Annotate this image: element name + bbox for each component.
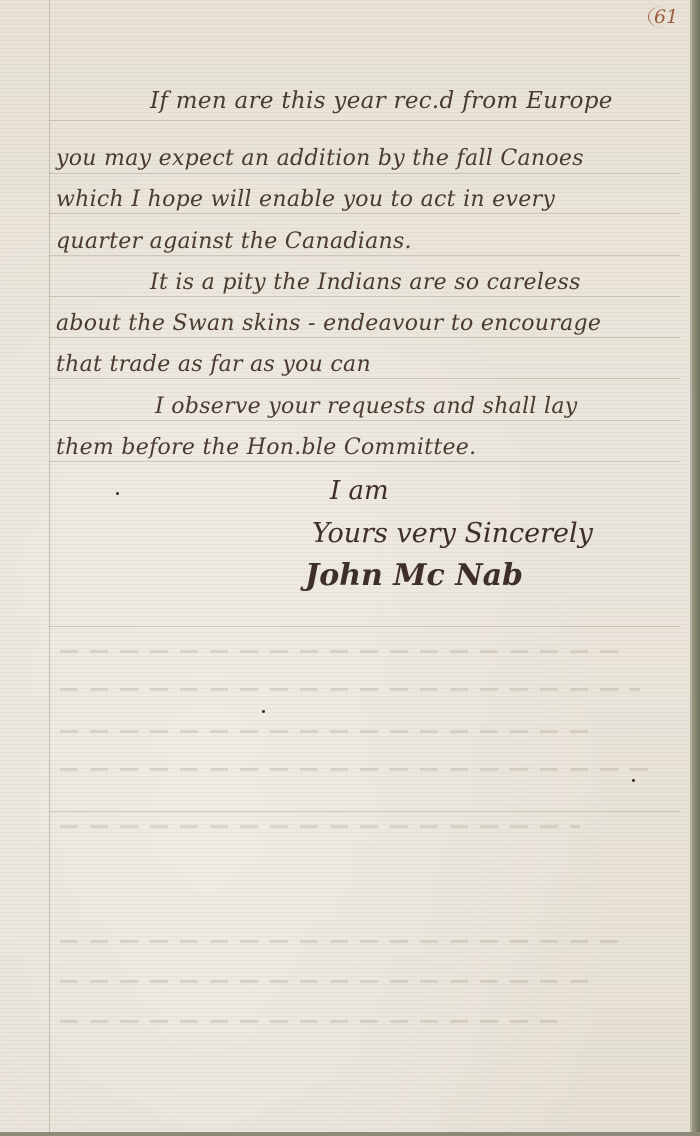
ruled-line xyxy=(49,626,680,627)
closing-salutation: I am xyxy=(330,476,389,506)
body-line: you may expect an addition by the fall C… xyxy=(56,146,584,171)
bleed-through-text xyxy=(60,650,620,653)
bleed-through-text xyxy=(60,730,600,733)
margin-rule xyxy=(49,0,50,1136)
body-line: quarter against the Canadians. xyxy=(56,229,412,254)
bleed-through-text xyxy=(60,1020,560,1023)
body-line: about the Swan skins - endeavour to enco… xyxy=(56,311,601,336)
ink-spot xyxy=(262,710,265,713)
ruled-line xyxy=(49,811,680,812)
bleed-through-text xyxy=(60,688,640,691)
body-line: that trade as far as you can xyxy=(56,352,371,377)
ink-spot xyxy=(632,779,635,782)
body-line: If men are this year rec.d from Europe xyxy=(150,88,613,114)
ruled-line xyxy=(49,173,680,174)
bleed-through-text xyxy=(60,768,650,771)
ruled-line xyxy=(49,296,680,297)
page-number: 61 xyxy=(648,6,678,28)
ruled-line xyxy=(49,420,680,421)
ruled-line xyxy=(49,120,680,121)
ruled-line xyxy=(49,255,680,256)
body-line: I observe your requests and shall lay xyxy=(155,394,578,419)
bleed-through-text xyxy=(60,940,620,943)
body-line: them before the Hon.ble Committee. xyxy=(56,435,476,460)
bleed-through-text xyxy=(60,980,600,983)
page-edge xyxy=(692,0,700,1136)
ruled-line xyxy=(49,378,680,379)
body-line: which I hope will enable you to act in e… xyxy=(56,187,555,212)
ruled-line xyxy=(49,337,680,338)
ruled-line xyxy=(49,461,680,462)
ruled-line xyxy=(49,213,680,214)
signature: John Mc Nab xyxy=(305,558,523,593)
page-edge xyxy=(0,1132,700,1136)
closing-valediction: Yours very Sincerely xyxy=(312,518,593,549)
bleed-through-text xyxy=(60,825,580,828)
body-line: It is a pity the Indians are so careless xyxy=(150,270,581,295)
manuscript-page: 61 If men are this year rec.d from Europ… xyxy=(0,0,692,1132)
ink-spot xyxy=(116,492,119,495)
